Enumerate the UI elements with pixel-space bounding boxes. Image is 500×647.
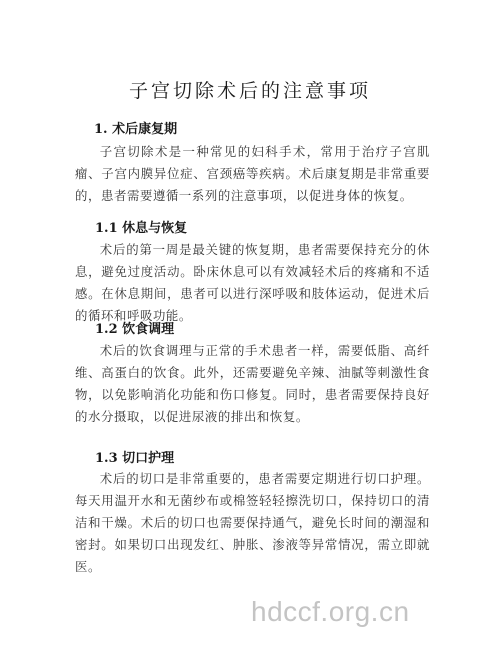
- watermark: hdccf.org.cn: [251, 596, 410, 628]
- document-page: 子宫切除术后的注意事项 1. 术后康复期 子宫切除术是一种常见的妇科手术，常用于…: [0, 0, 500, 647]
- section-heading-rest: 1.1 休息与恢复: [95, 217, 187, 236]
- paragraph: 术后的第一周是最关键的恢复期，患者需要保持充分的休息，避免过度活动。卧床休息可以…: [75, 239, 430, 327]
- section-body-incision-care: 术后的切口是非常重要的，患者需要定期进行切口护理。每天用温开水和无菌纱布或棉签轻…: [75, 468, 430, 578]
- section-heading-incision-care: 1.3 切口护理: [95, 447, 174, 466]
- paragraph: 术后的饮食调理与正常的手术患者一样，需要低脂、高纤维、高蛋白的饮食。此外，还需要…: [75, 340, 430, 428]
- section-heading-recovery-period: 1. 术后康复期: [94, 118, 177, 137]
- section-heading-diet: 1.2 饮食调理: [95, 318, 174, 337]
- paragraph: 术后的切口是非常重要的，患者需要定期进行切口护理。每天用温开水和无菌纱布或棉签轻…: [75, 468, 430, 578]
- section-body-diet: 术后的饮食调理与正常的手术患者一样，需要低脂、高纤维、高蛋白的饮食。此外，还需要…: [75, 340, 430, 428]
- section-body-rest: 术后的第一周是最关键的恢复期，患者需要保持充分的休息，避免过度活动。卧床休息可以…: [75, 239, 430, 327]
- document-title: 子宫切除术后的注意事项: [0, 76, 500, 103]
- paragraph: 子宫切除术是一种常见的妇科手术，常用于治疗子宫肌瘤、子宫内膜异位症、宫颈癌等疾病…: [75, 141, 430, 207]
- section-body-recovery-period: 子宫切除术是一种常见的妇科手术，常用于治疗子宫肌瘤、子宫内膜异位症、宫颈癌等疾病…: [75, 141, 430, 207]
